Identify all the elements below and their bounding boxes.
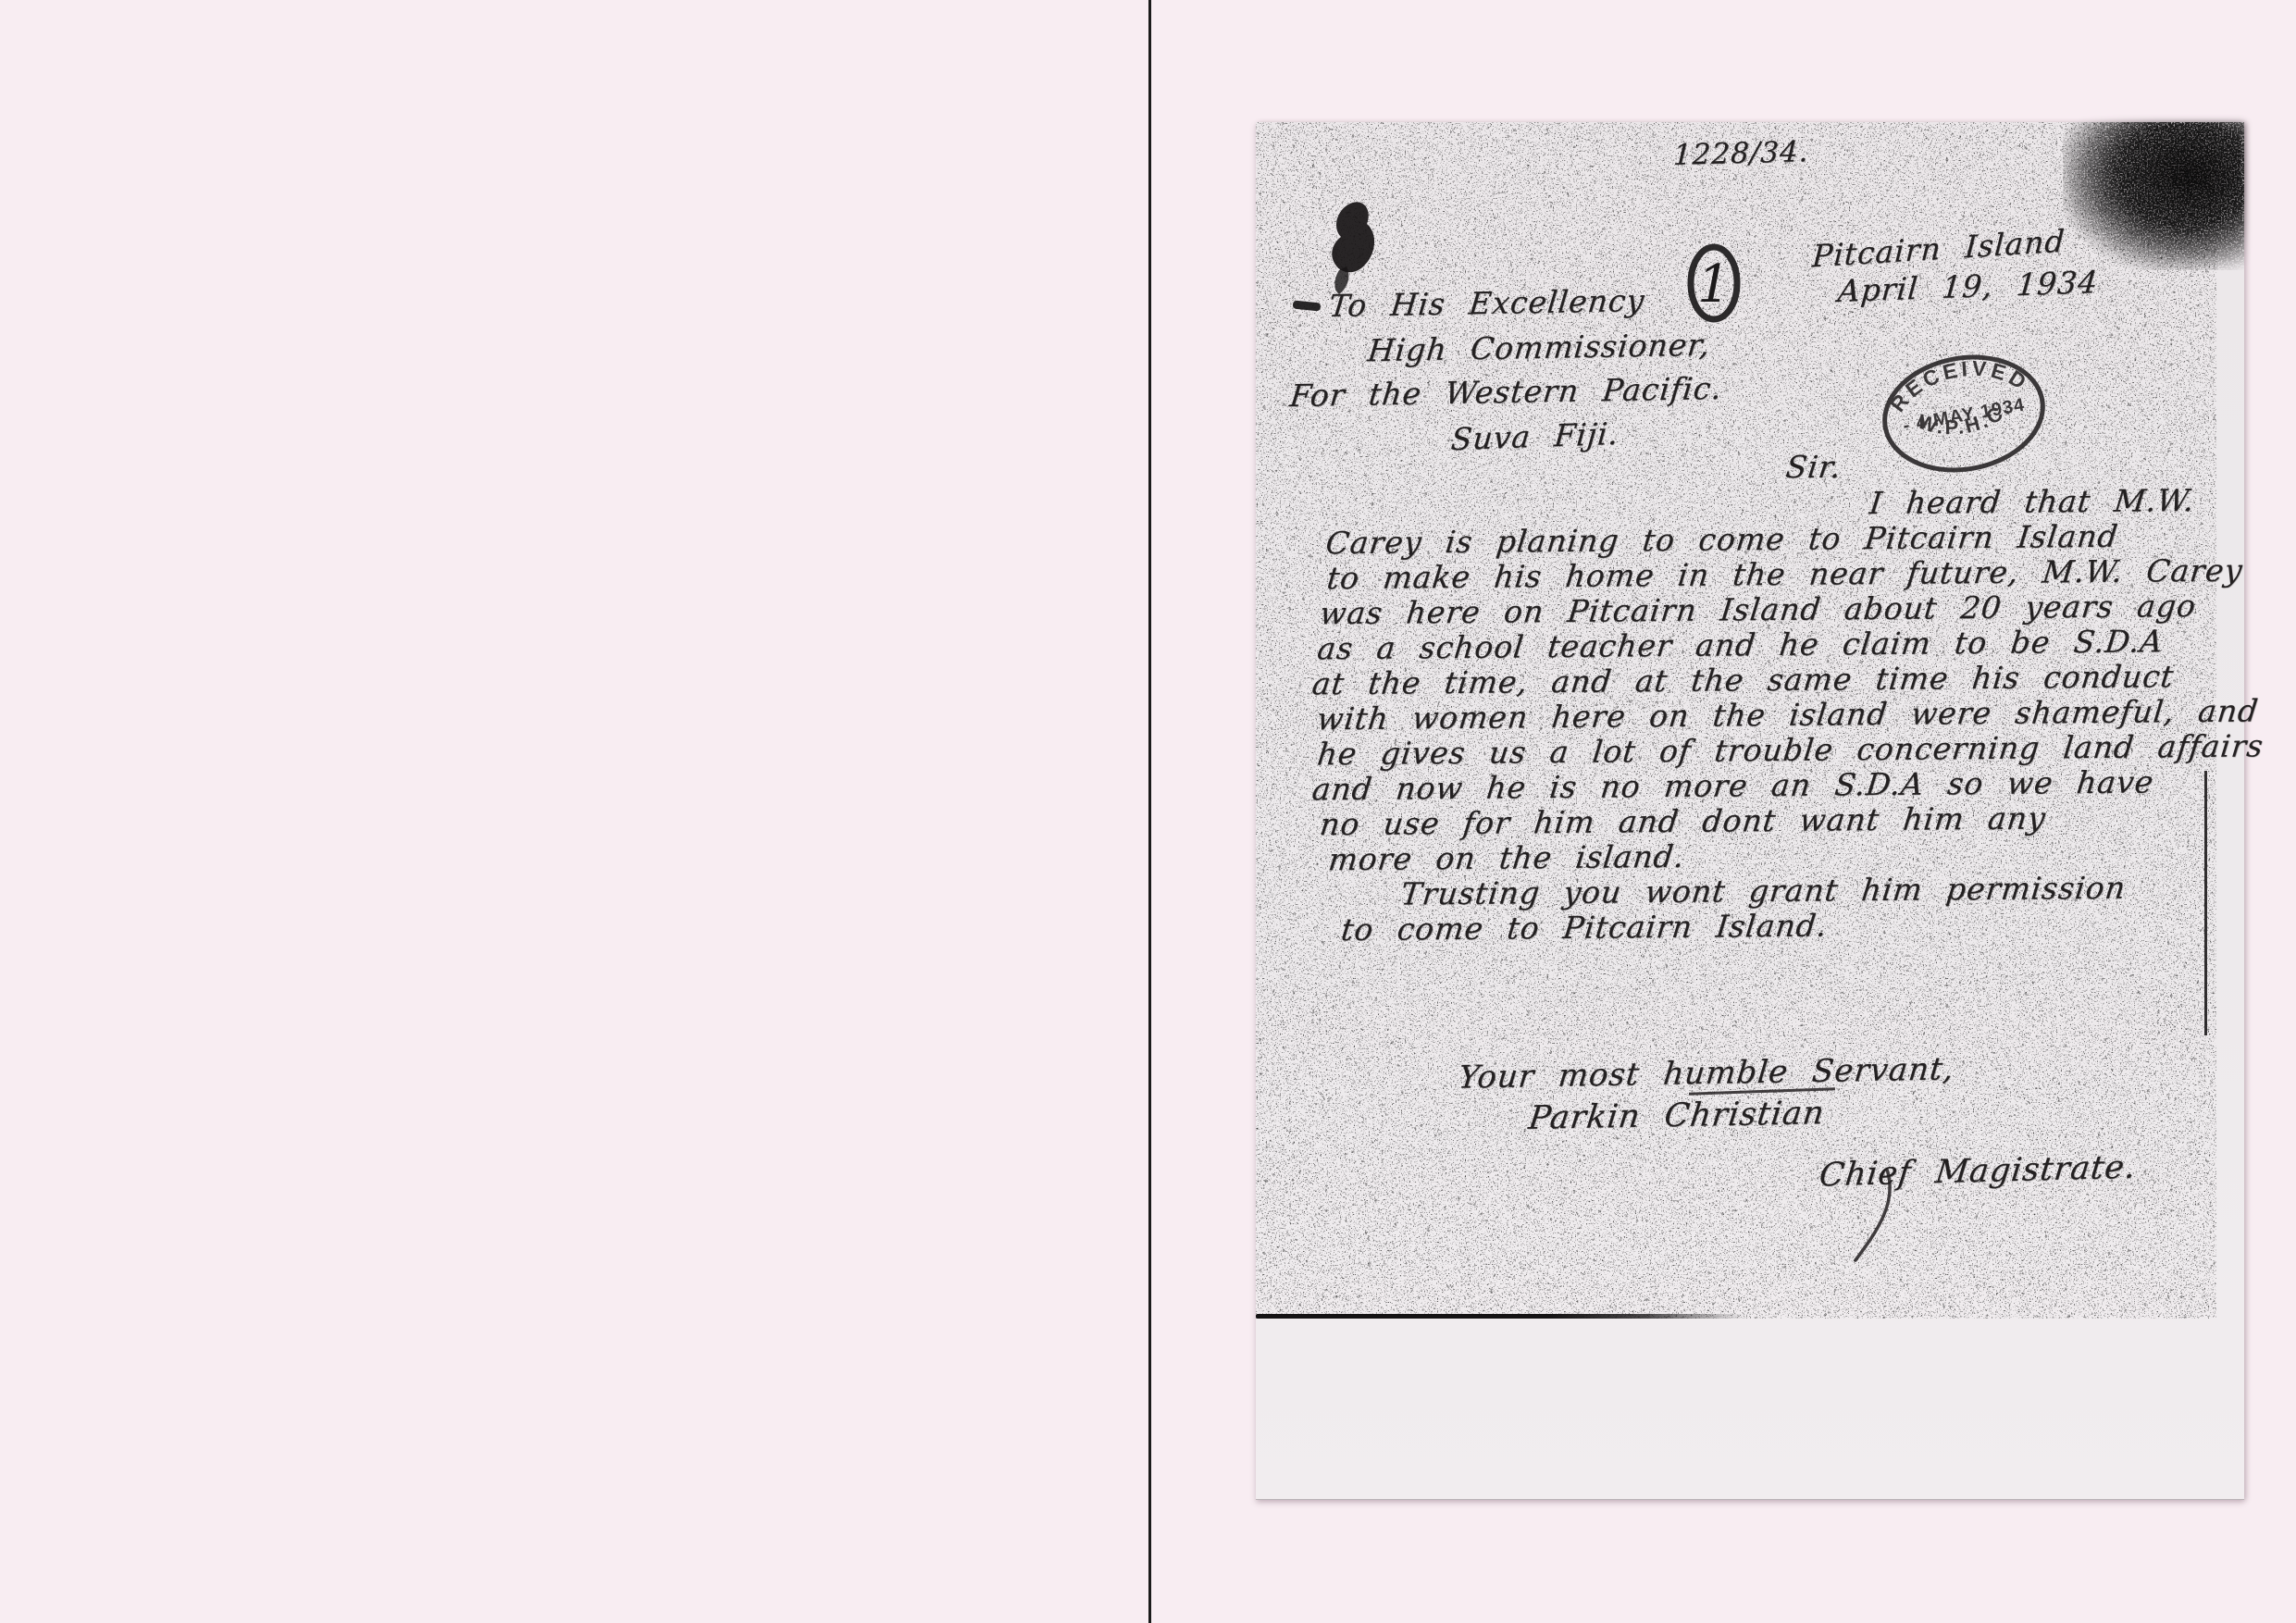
salutation: Sir. — [1784, 449, 1844, 485]
stamp-org-initials: W.P.H.C. — [1911, 393, 2018, 446]
letter-page: 1228/34. 1 Pitcairn Island April 19, 193… — [1256, 122, 2244, 1500]
title-flourish — [1848, 1166, 1904, 1268]
letter-body: I heard that M.W.Carey is planing to com… — [1308, 483, 2241, 948]
signature: Parkin Christian — [1527, 1095, 1827, 1137]
body-line: I heard that M.W. — [1868, 483, 2241, 522]
recipient-line: Suva Fiji. — [1449, 415, 1620, 457]
file-reference-number: 1228/34. — [1672, 135, 1809, 172]
scan-edge-line — [1256, 1314, 1746, 1319]
scan-artifact-line — [2204, 771, 2207, 1035]
toner-smudge-grain — [2063, 122, 2244, 270]
recipient-line: High Commissioner, — [1366, 327, 1712, 369]
scan-divider-line — [1148, 0, 1151, 1623]
page-number-circle: 1 — [1684, 241, 1744, 329]
recipient-line: To His Excellency — [1327, 282, 1646, 324]
recipient-line: For the Western Pacific. — [1288, 370, 1724, 414]
page-number: 1 — [1697, 254, 1731, 315]
